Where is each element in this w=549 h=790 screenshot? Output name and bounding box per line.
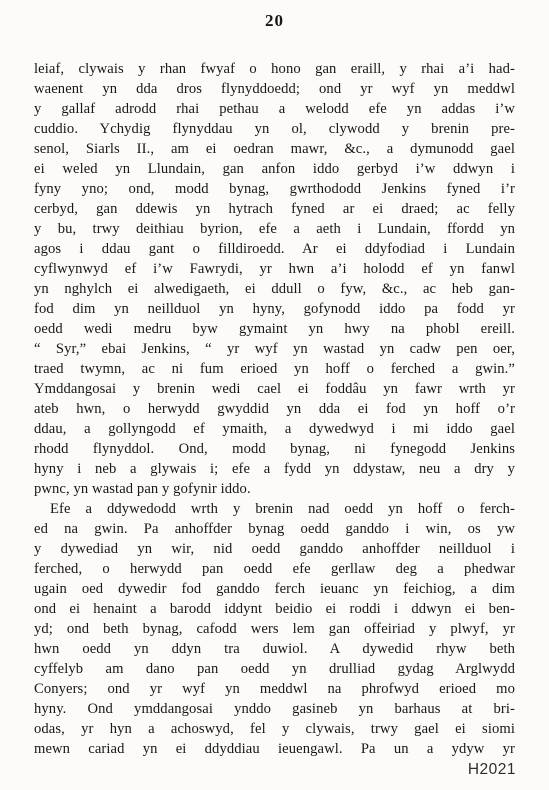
text-line: traed twymn, ac ni fum erioed yn hoff o …: [34, 359, 515, 379]
text-line: ond ei henaint a barodd iddynt beidio ei…: [34, 599, 515, 619]
text-line: cyflwynwyd ef i’w Fawrydi, yr hwn a’i ho…: [34, 259, 515, 279]
text-line: waenent yn dda dros flynyddoedd; ond yr …: [34, 79, 515, 99]
paragraph: leiaf, clywais y rhan fwyaf o hono gan e…: [34, 59, 515, 499]
text-line: cuddio. Ychydig flynyddau yn ol, clywodd…: [34, 119, 515, 139]
text-line: ei weled yn Llundain, gan anfon iddo ger…: [34, 159, 515, 179]
text-line: fyny yno; ond, modd bynag, gwrthododd Je…: [34, 179, 515, 199]
text-line: cyffelyb am dano pan oedd yn drulliad gy…: [34, 659, 515, 679]
text-line: mewn cariad yn ei ddyddiau ieuengawl. Pa…: [34, 739, 515, 759]
page-number: 20: [0, 11, 549, 31]
text-line: ddau, a gollyngodd ef ymaith, a dywedwyd…: [34, 419, 515, 439]
text-line: y dywediad yn wir, nid oedd ganddo anhof…: [34, 539, 515, 559]
text-line: ugain oed dywedir fod ganddo ferch ieuan…: [34, 579, 515, 599]
text-line: Efe a ddywedodd wrth y brenin nad oedd y…: [34, 499, 515, 519]
text-line: y gallaf adrodd rhai pethau a welodd efe…: [34, 99, 515, 119]
text-line: hyny. Ond ymddangosai ynddo gasineb yn b…: [34, 699, 515, 719]
text-line: yd; ond beth bynag, cafodd wers lem gan …: [34, 619, 515, 639]
text-line: “ Syr,” ebai Jenkins, “ yr wyf yn wastad…: [34, 339, 515, 359]
text-line: hwn oedd yn ddyn tra duwiol. A dywedid r…: [34, 639, 515, 659]
text-line: yn nghylch ei alwedigaeth, ei ddull o fy…: [34, 279, 515, 299]
text-line: ferched, o herwydd pan oedd efe gerllaw …: [34, 559, 515, 579]
catalog-code: H2021: [468, 761, 516, 779]
text-line: leiaf, clywais y rhan fwyaf o hono gan e…: [34, 59, 515, 79]
paragraph: Efe a ddywedodd wrth y brenin nad oedd y…: [34, 499, 515, 759]
text-line: Ymddangosai y brenin wedi cael ei foddâu…: [34, 379, 515, 399]
text-line: ateb hwn, o herwydd gwyddid yn dda ei fo…: [34, 399, 515, 419]
text-line: pwnc, yn wastad pan y gofynir iddo.: [34, 479, 515, 499]
text-line: senol, Siarls II., am ei oedran mawr, &c…: [34, 139, 515, 159]
text-line: fod dim yn neillduol yn hyny, gofynodd i…: [34, 299, 515, 319]
text-line: cerbyd, gan ddewis yn hytrach fyned ar e…: [34, 199, 515, 219]
text-line: y bu, trwy deithiau byrion, efe a aeth i…: [34, 219, 515, 239]
text-line: hyny i neb a glywais i; efe a fydd yn dd…: [34, 459, 515, 479]
text-line: agos i ddau gant o filldiroedd. Ar ei dd…: [34, 239, 515, 259]
text-line: ed na gwin. Pa anhoffder bynag oedd gand…: [34, 519, 515, 539]
text-line: odas, yr hyn a achoswyd, fel y clywais, …: [34, 719, 515, 739]
book-page: 20 leiaf, clywais y rhan fwyaf o hono ga…: [0, 0, 549, 790]
text-line: oedd wedi medru byw gymaint yn hwy na ph…: [34, 319, 515, 339]
text-line: Conyers; ond yr wyf yn meddwl na phrofwy…: [34, 679, 515, 699]
text-line: rhodd flynyddol. Ond, modd bynag, ni fyn…: [34, 439, 515, 459]
page-body: leiaf, clywais y rhan fwyaf o hono gan e…: [34, 59, 515, 759]
